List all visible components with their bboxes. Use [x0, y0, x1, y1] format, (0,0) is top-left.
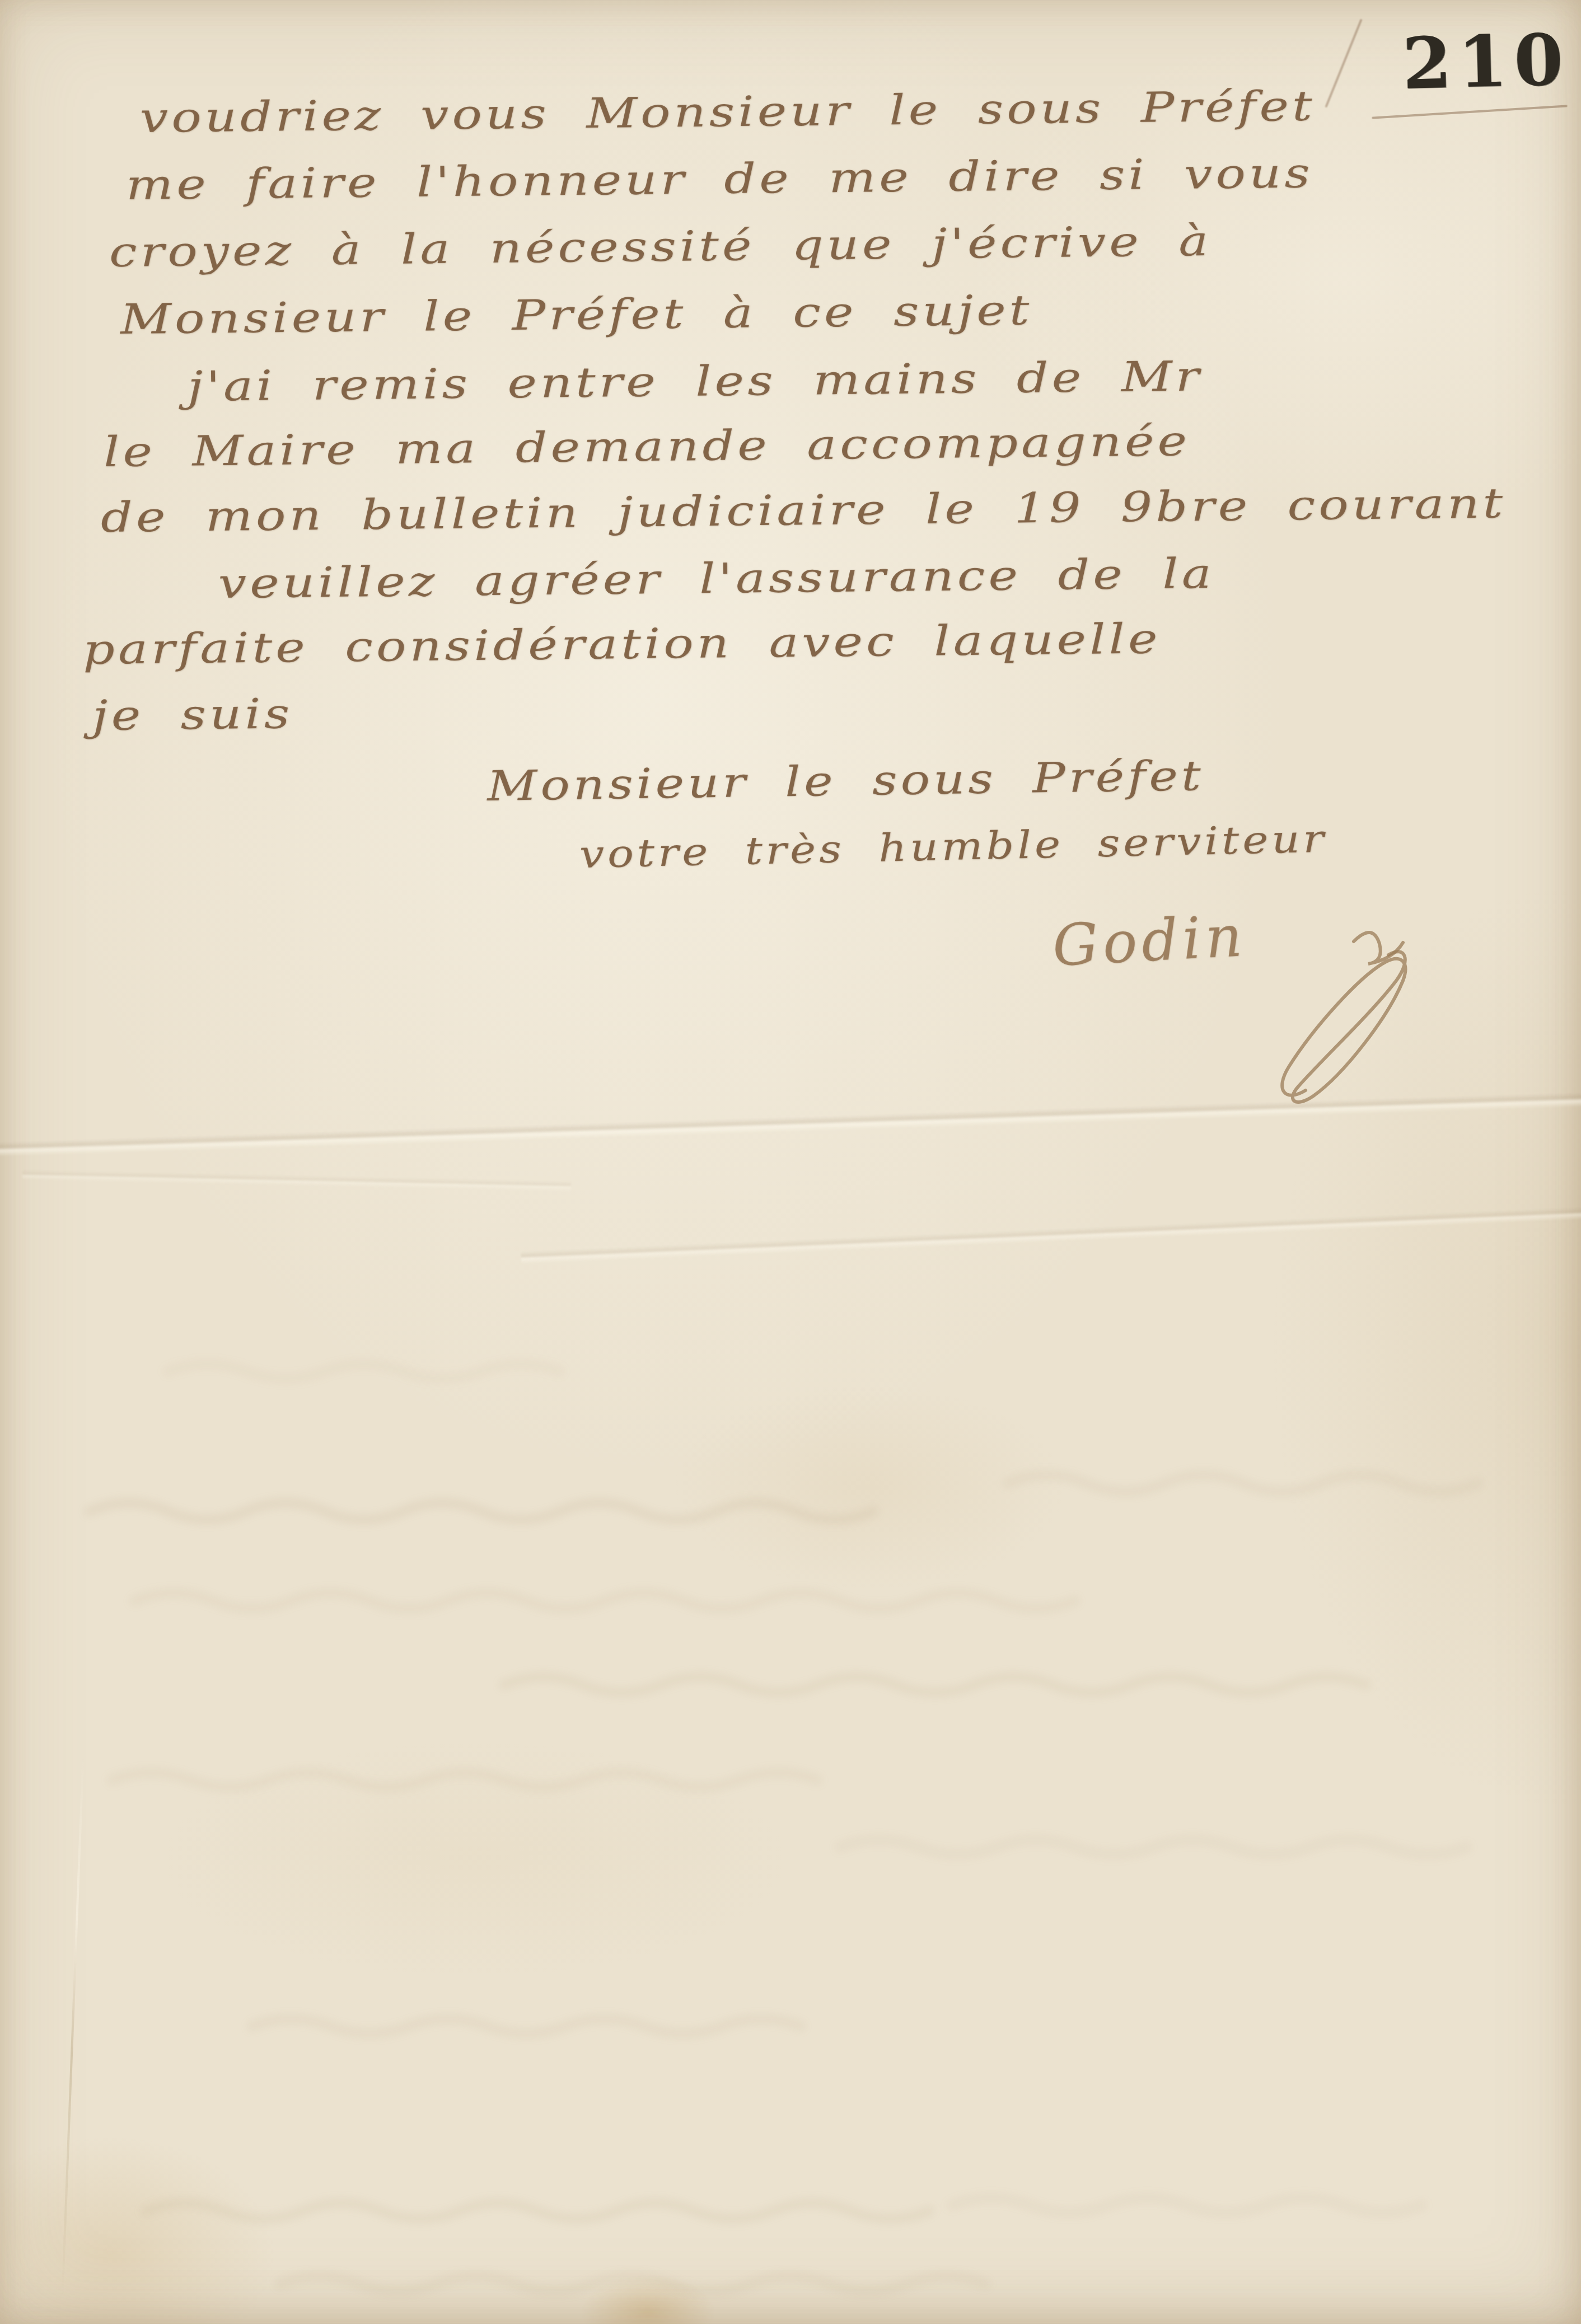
bleedthrough-ink	[0, 0, 1581, 2324]
letter-page: 210 voudriez vous Monsieur le sous Préfe…	[0, 0, 1581, 2324]
